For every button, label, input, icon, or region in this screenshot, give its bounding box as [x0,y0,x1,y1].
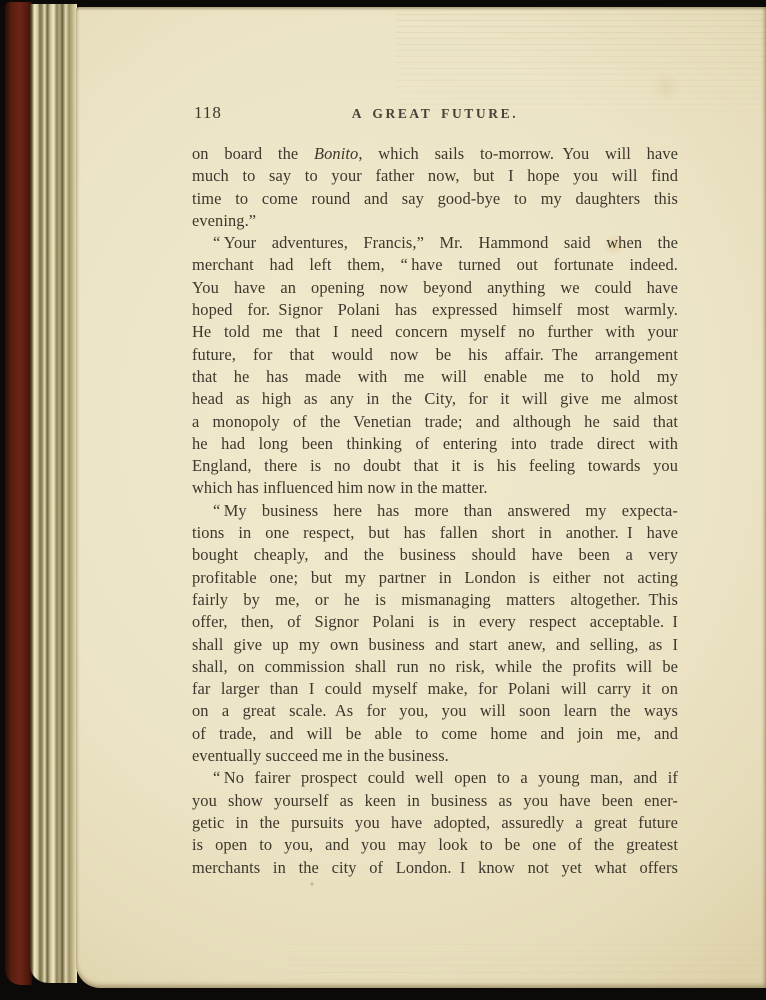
text-line: merchant had left them, “ have turned ou… [192,254,678,276]
book-cover-spine-edge [5,2,32,985]
text-line: “ No fairer prospect could well open to … [192,767,678,789]
text-segment: time to come round and say good-bye to m… [192,189,678,208]
text-segment: of trade, and will be able to come home … [192,724,678,743]
text-line: He told me that I need concern myself no… [192,321,678,343]
text-line: fairly by me, or he is mismanaging matte… [192,589,678,611]
text-line: shall give up my own business and start … [192,634,678,656]
text-segment: merchants in the city of London. I know … [192,858,678,877]
text-line: on board the Bonito, which sails to-morr… [192,143,678,165]
text-segment: He told me that I need concern myself no… [192,322,678,341]
running-head: A GREAT FUTURE. [192,106,678,122]
text-segment: far larger than I could myself make, for… [192,679,678,698]
text-line: profitable one; but my partner in London… [192,567,678,589]
text-line: you show yourself as keen in business as… [192,790,678,812]
text-line: time to come round and say good-bye to m… [192,188,678,210]
text-segment: that he has made with me will enable me … [192,367,678,386]
text-segment: on a great scale. As for you, you will s… [192,701,678,720]
text-segment: “ No fairer prospect could well open to … [213,768,678,787]
stacked-page-edges [30,4,77,983]
page-stack-texture-bottom [286,924,766,988]
text-line: far larger than I could myself make, for… [192,678,678,700]
text-segment: bought cheaply, and the business should … [192,545,678,564]
text-segment: offer, then, of Signor Polani is in ever… [192,612,678,631]
text-segment: on board the [192,144,314,163]
text-line: is open to you, and you may look to be o… [192,834,678,856]
text-segment: you show yourself as keen in business as… [192,791,678,810]
text-segment: England, there is no doubt that it is hi… [192,456,678,475]
text-segment: “ My business here has more than answere… [213,501,678,520]
text-line: evening.” [192,210,678,232]
text-line: shall, on commission shall run no risk, … [192,656,678,678]
text-segment: hoped for. Signor Polani has expressed h… [192,300,678,319]
text-segment: head as high as any in the City, for it … [192,389,678,408]
text-segment: eventually succeed me in the business. [192,746,449,765]
scanned-book-photo: 118 A GREAT FUTURE. on board the Bonito,… [0,0,766,1000]
text-segment: he had long been thinking of entering in… [192,434,678,453]
text-line: “ Your adventures, Francis,” Mr. Hammond… [192,232,678,254]
text-line: merchants in the city of London. I know … [192,857,678,879]
text-line: hoped for. Signor Polani has expressed h… [192,299,678,321]
text-segment: which has influenced him now in the matt… [192,478,488,497]
text-line: getic in the pursuits you have adopted, … [192,812,678,834]
text-line: on a great scale. As for you, you will s… [192,700,678,722]
text-segment: shall give up my own business and start … [192,635,678,654]
text-segment: future, for that would now be his affair… [192,345,678,364]
paragraph: “ My business here has more than answere… [192,500,678,768]
text-segment: evening.” [192,211,256,230]
text-segment: , which sails to-morrow. You will have [358,144,678,163]
text-segment: fairly by me, or he is mismanaging matte… [192,590,678,609]
text-segment: is open to you, and you may look to be o… [192,835,678,854]
text-line: England, there is no doubt that it is hi… [192,455,678,477]
text-segment: much to say to your father now, but I ho… [192,166,678,185]
text-line: that he has made with me will enable me … [192,366,678,388]
text-segment: merchant had left them, “ have turned ou… [192,255,678,274]
text-segment: “ Your adventures, Francis,” Mr. Hammond… [213,233,678,252]
paragraph: “ Your adventures, Francis,” Mr. Hammond… [192,232,678,500]
text-line: future, for that would now be his affair… [192,344,678,366]
text-line: he had long been thinking of entering in… [192,433,678,455]
text-line: much to say to your father now, but I ho… [192,165,678,187]
text-segment: getic in the pursuits you have adopted, … [192,813,678,832]
text-segment: tions in one respect, but has fallen sho… [192,523,678,542]
text-line: which has influenced him now in the matt… [192,477,678,499]
text-segment: profitable one; but my partner in London… [192,568,678,587]
text-line: bought cheaply, and the business should … [192,544,678,566]
text-segment: You have an opening now beyond anything … [192,278,678,297]
text-block: on board the Bonito, which sails to-morr… [192,143,678,879]
paragraph: on board the Bonito, which sails to-morr… [192,143,678,232]
text-line: tions in one respect, but has fallen sho… [192,522,678,544]
book-page: 118 A GREAT FUTURE. on board the Bonito,… [76,7,766,988]
text-line: offer, then, of Signor Polani is in ever… [192,611,678,633]
text-line: of trade, and will be able to come home … [192,723,678,745]
page-header: 118 A GREAT FUTURE. [192,103,678,127]
text-segment: a monopoly of the Venetian trade; and al… [192,412,678,431]
paragraph: “ No fairer prospect could well open to … [192,767,678,878]
text-line: “ My business here has more than answere… [192,500,678,522]
text-line: a monopoly of the Venetian trade; and al… [192,411,678,433]
text-line: eventually succeed me in the business. [192,745,678,767]
text-segment: shall, on commission shall run no risk, … [192,657,678,676]
italic-text: Bonito [314,144,358,163]
text-line: You have an opening now beyond anything … [192,277,678,299]
text-line: head as high as any in the City, for it … [192,388,678,410]
